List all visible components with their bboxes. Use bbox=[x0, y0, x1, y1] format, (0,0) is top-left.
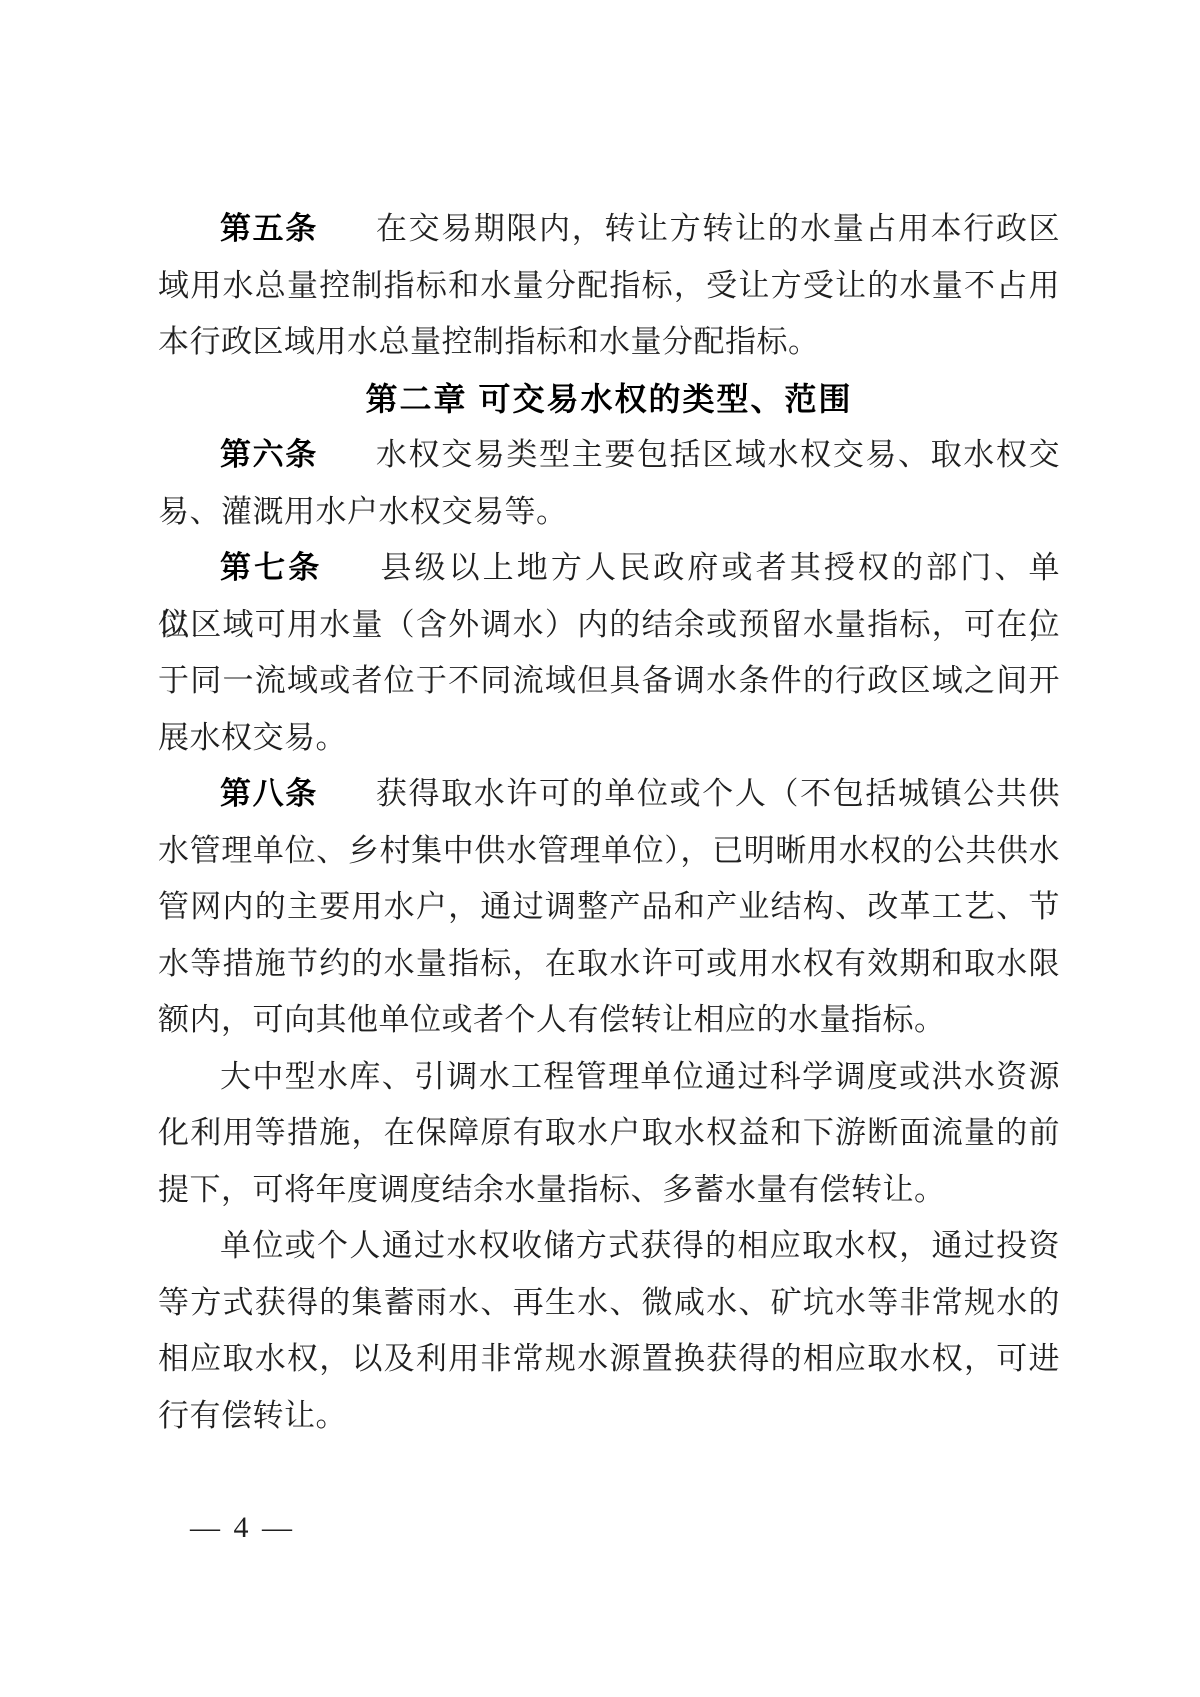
article-7-line-3: 于同一流域或者位于不同流域但具备调水条件的行政区域之间开 bbox=[158, 653, 1060, 710]
chapter-2-heading: 第二章 可交易水权的类型、范围 bbox=[158, 371, 1060, 428]
article-8-line-4: 水等措施节约的水量指标，在取水许可或用水权有效期和取水限 bbox=[158, 936, 1060, 993]
article-5-text: 在交易期限内，转让方转让的水量占用本行政区 bbox=[376, 211, 1060, 246]
article-7-line-4: 展水权交易。 bbox=[158, 710, 1060, 767]
article-8-number: 第八条 bbox=[220, 776, 318, 811]
article-7-number: 第七条 bbox=[220, 550, 322, 585]
article-8-para-3-line-2: 等方式获得的集蓄雨水、再生水、微咸水、矿坑水等非常规水的 bbox=[158, 1275, 1060, 1332]
document-body: 第五条在交易期限内，转让方转让的水量占用本行政区 域用水总量控制指标和水量分配指… bbox=[158, 201, 1060, 1444]
article-8-line-2: 水管理单位、乡村集中供水管理单位），已明晰用水权的公共供水 bbox=[158, 823, 1060, 880]
article-7-line-2: 以区域可用水量（含外调水）内的结余或预留水量指标，可在位 bbox=[158, 597, 1060, 654]
article-8-para-2-line-1: 大中型水库、引调水工程管理单位通过科学调度或洪水资源 bbox=[158, 1049, 1060, 1106]
article-6-line-2: 易、灌溉用水户水权交易等。 bbox=[158, 484, 1060, 541]
article-8-para-3-line-1: 单位或个人通过水权收储方式获得的相应取水权，通过投资 bbox=[158, 1218, 1060, 1275]
article-8-line-5: 额内，可向其他单位或者个人有偿转让相应的水量指标。 bbox=[158, 992, 1060, 1049]
article-8-line-3: 管网内的主要用水户，通过调整产品和产业结构、改革工艺、节 bbox=[158, 879, 1060, 936]
article-8-text: 获得取水许可的单位或个人（不包括城镇公共供 bbox=[376, 776, 1060, 811]
article-6-text: 水权交易类型主要包括区域水权交易、取水权交 bbox=[376, 437, 1060, 472]
article-8-line-1: 第八条获得取水许可的单位或个人（不包括城镇公共供 bbox=[158, 766, 1060, 823]
article-5-number: 第五条 bbox=[220, 211, 318, 246]
article-6-number: 第六条 bbox=[220, 437, 318, 472]
article-8-para-3-line-4: 行有偿转让。 bbox=[158, 1388, 1060, 1445]
article-5-line-2: 域用水总量控制指标和水量分配指标，受让方受让的水量不占用 bbox=[158, 258, 1060, 315]
article-5-line-3: 本行政区域用水总量控制指标和水量分配指标。 bbox=[158, 314, 1060, 371]
page-number: — 4 — bbox=[190, 1508, 295, 1548]
article-8-para-3-line-3: 相应取水权，以及利用非常规水源置换获得的相应取水权，可进 bbox=[158, 1331, 1060, 1388]
article-5-line-1: 第五条在交易期限内，转让方转让的水量占用本行政区 bbox=[158, 201, 1060, 258]
article-8-para-2-line-3: 提下，可将年度调度结余水量指标、多蓄水量有偿转让。 bbox=[158, 1162, 1060, 1219]
article-8-para-2-line-2: 化利用等措施，在保障原有取水户取水权益和下游断面流量的前 bbox=[158, 1105, 1060, 1162]
article-7-line-1: 第七条县级以上地方人民政府或者其授权的部门、单位， bbox=[158, 540, 1060, 597]
article-6-line-1: 第六条水权交易类型主要包括区域水权交易、取水权交 bbox=[158, 427, 1060, 484]
